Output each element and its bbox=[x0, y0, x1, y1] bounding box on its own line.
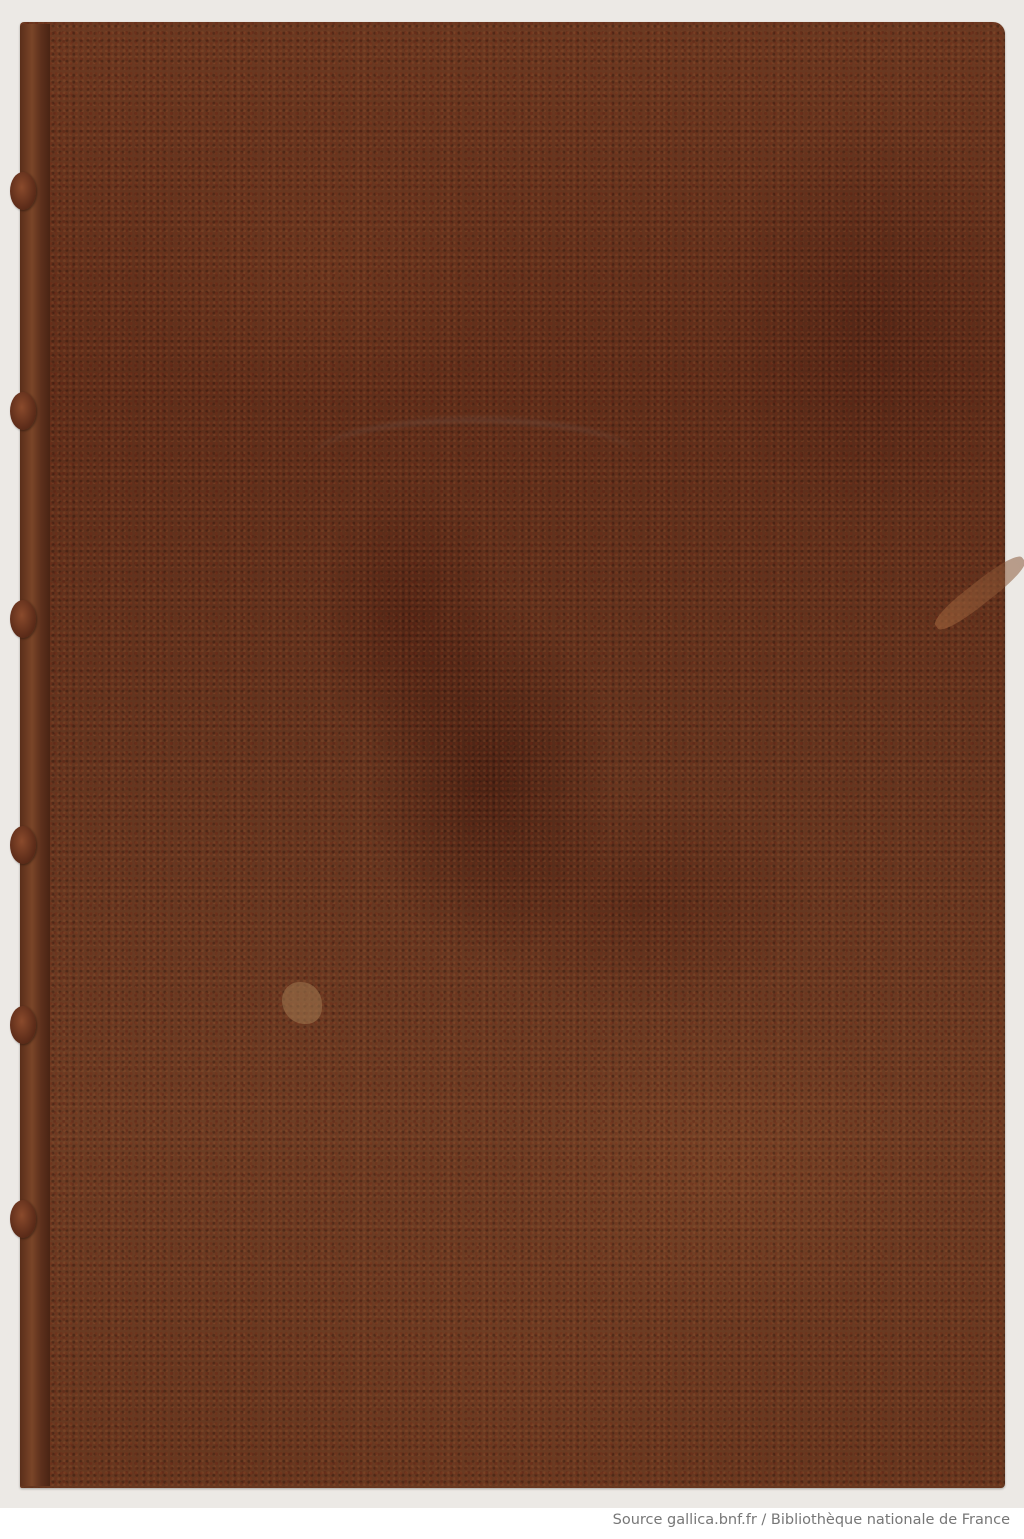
spine-band bbox=[10, 1006, 36, 1044]
source-caption: Source gallica.bnf.fr / Bibliothèque nat… bbox=[613, 1512, 1010, 1528]
spine-band bbox=[10, 826, 36, 864]
book-cover bbox=[20, 22, 1005, 1488]
book-spine bbox=[20, 24, 50, 1486]
leather-texture bbox=[20, 22, 1005, 1488]
arc-stain bbox=[310, 417, 640, 503]
spine-band bbox=[10, 172, 36, 210]
spine-band bbox=[10, 1200, 36, 1238]
spine-band bbox=[10, 392, 36, 430]
spine-band bbox=[10, 600, 36, 638]
